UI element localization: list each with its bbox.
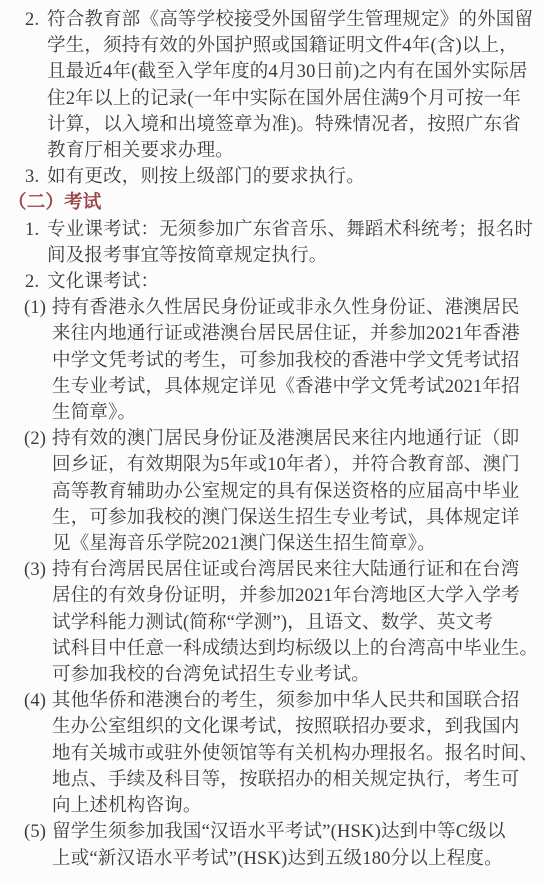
list-item-text: 留学生须参加我国“汉语水平考试”(HSK)达到中等C级以上或“新汉语水平考试”(… [52, 819, 537, 871]
text-line: 地点、手续及科目等，按联招办的相关规定执行，考生可 [52, 767, 537, 793]
list-item-marker: 2. [25, 7, 39, 33]
text-line: 间及报考事宜等按简章规定执行。 [47, 243, 537, 269]
text-line: 生专业考试，具体规定详见《香港中学文凭考试2021年招 [52, 374, 537, 400]
list-item-marker: (3) [24, 557, 46, 583]
text-line: 上或“新汉语水平考试”(HSK)达到五级180分以上程度。 [52, 846, 537, 872]
text-line: 见《星海音乐学院2021澳门保送生招生简章》。 [52, 531, 537, 557]
list-item: (5) 留学生须参加我国“汉语水平考试”(HSK)达到中等C级以上或“新汉语水平… [8, 819, 537, 871]
list-item: 1. 专业课考试：无须参加广东省音乐、舞蹈术科统考；报名时间及报考事宜等按简章规… [8, 217, 537, 269]
list-item-marker: (4) [24, 688, 46, 714]
list-item-marker: (1) [24, 295, 46, 321]
list-item: 3. 如有更改，则按上级部门的要求执行。 [8, 164, 537, 190]
text-line: 生，可参加我校的澳门保送生招生专业考试，具体规定详 [52, 505, 537, 531]
text-line: 持有台湾居民居住证或台湾居民来往大陆通行证和在台湾 [52, 557, 537, 583]
list-item-text: 符合教育部《高等学校接受外国留学生管理规定》的外国留学生，须持有效的外国护照或国… [47, 7, 537, 164]
text-line: 且最近4年(截至入学年度的4月30日前)之内有在国外实际居 [47, 59, 537, 85]
list-item-text: 专业课考试：无须参加广东省音乐、舞蹈术科统考；报名时间及报考事宜等按简章规定执行… [47, 217, 537, 269]
text-line: 高等教育辅助办公室规定的具有保送资格的应届高中毕业 [52, 479, 537, 505]
list-item-text: 其他华侨和港澳台的考生，须参加中华人民共和国联合招生办公室组织的文化课考试，按照… [52, 688, 537, 819]
text-line: 回乡证，有效期限为5年或10年者），并符合教育部、澳门 [52, 452, 537, 478]
text-line: 持有香港永久性居民身份证或非永久性身份证、港澳居民 [52, 295, 537, 321]
text-line: 住2年以上的记录(一年中实际在国外居住满9个月可按一年 [47, 86, 537, 112]
list-item: (2) 持有效的澳门居民身份证及港澳居民来往内地通行证（即回乡证，有效期限为5年… [8, 426, 537, 557]
text-line: 计算，以入境和出境签章为准)。特殊情况者，按照广东省 [47, 112, 537, 138]
list-item-text: 持有香港永久性居民身份证或非永久性身份证、港澳居民来往内地通行证或港澳台居民居住… [52, 295, 537, 426]
list-item: (1) 持有香港永久性居民身份证或非永久性身份证、港澳居民来往内地通行证或港澳台… [8, 295, 537, 426]
text-line: 中学文凭考试的考生，可参加我校的香港中学文凭考试招 [52, 348, 537, 374]
list-item-text: 持有效的澳门居民身份证及港澳居民来往内地通行证（即回乡证，有效期限为5年或10年… [52, 426, 537, 557]
text-line: 生简章》。 [52, 400, 537, 426]
document-body: 2. 符合教育部《高等学校接受外国留学生管理规定》的外国留学生，须持有效的外国护… [8, 7, 537, 872]
text-line: 来往内地通行证或港澳台居民居住证，并参加2021年香港 [52, 321, 537, 347]
text-line: 文化课考试： [47, 269, 537, 295]
text-line: 符合教育部《高等学校接受外国留学生管理规定》的外国留 [47, 7, 537, 33]
text-line: 学生，须持有效的外国护照或国籍证明文件4年(含)以上， [47, 33, 537, 59]
text-line: 其他华侨和港澳台的考生，须参加中华人民共和国联合招 [52, 688, 537, 714]
list-item-marker: (5) [24, 819, 46, 845]
list-item-marker: 3. [25, 164, 39, 190]
list-item-marker: (2) [24, 426, 46, 452]
text-line: 持有效的澳门居民身份证及港澳居民来往内地通行证（即 [52, 426, 537, 452]
text-line: 如有更改，则按上级部门的要求执行。 [47, 164, 537, 190]
text-line: 地有关城市或驻外使领馆等有关机构办理报名。报名时间、 [52, 741, 537, 767]
text-line: 试科目中任意一科成绩达到均标级以上的台湾高中毕业生。 [52, 636, 537, 662]
section-heading: （二）考试 [8, 190, 537, 216]
list-item: (4) 其他华侨和港澳台的考生，须参加中华人民共和国联合招生办公室组织的文化课考… [8, 688, 537, 819]
list-item-marker: 2. [25, 269, 39, 295]
document-page: 2. 符合教育部《高等学校接受外国留学生管理规定》的外国留学生，须持有效的外国护… [0, 0, 543, 882]
list-item-text: 文化课考试： [47, 269, 537, 295]
list-item: 2. 文化课考试： [8, 269, 537, 295]
text-line: 可参加我校的台湾免试招生专业考试。 [52, 662, 537, 688]
text-line: 留学生须参加我国“汉语水平考试”(HSK)达到中等C级以 [52, 819, 537, 845]
list-item: 2. 符合教育部《高等学校接受外国留学生管理规定》的外国留学生，须持有效的外国护… [8, 7, 537, 164]
text-line: 生办公室组织的文化课考试，按照联招办要求，到我国内 [52, 714, 537, 740]
text-line: 专业课考试：无须参加广东省音乐、舞蹈术科统考；报名时 [47, 217, 537, 243]
list-item: (3) 持有台湾居民居住证或台湾居民来往大陆通行证和在台湾居住的有效身份证明，并… [8, 557, 537, 688]
text-line: 居住的有效身份证明，并参加2021年台湾地区大学入学考 [52, 583, 537, 609]
list-item-marker: 1. [25, 217, 39, 243]
text-line: 教育厅相关要求办理。 [47, 138, 537, 164]
list-item-text: 如有更改，则按上级部门的要求执行。 [47, 164, 537, 190]
list-item-text: 持有台湾居民居住证或台湾居民来往大陆通行证和在台湾居住的有效身份证明，并参加20… [52, 557, 537, 688]
text-line: 试学科能力测试(简称“学测”)，且语文、数学、英文考 [52, 610, 537, 636]
text-line: 向上述机构咨询。 [52, 793, 537, 819]
